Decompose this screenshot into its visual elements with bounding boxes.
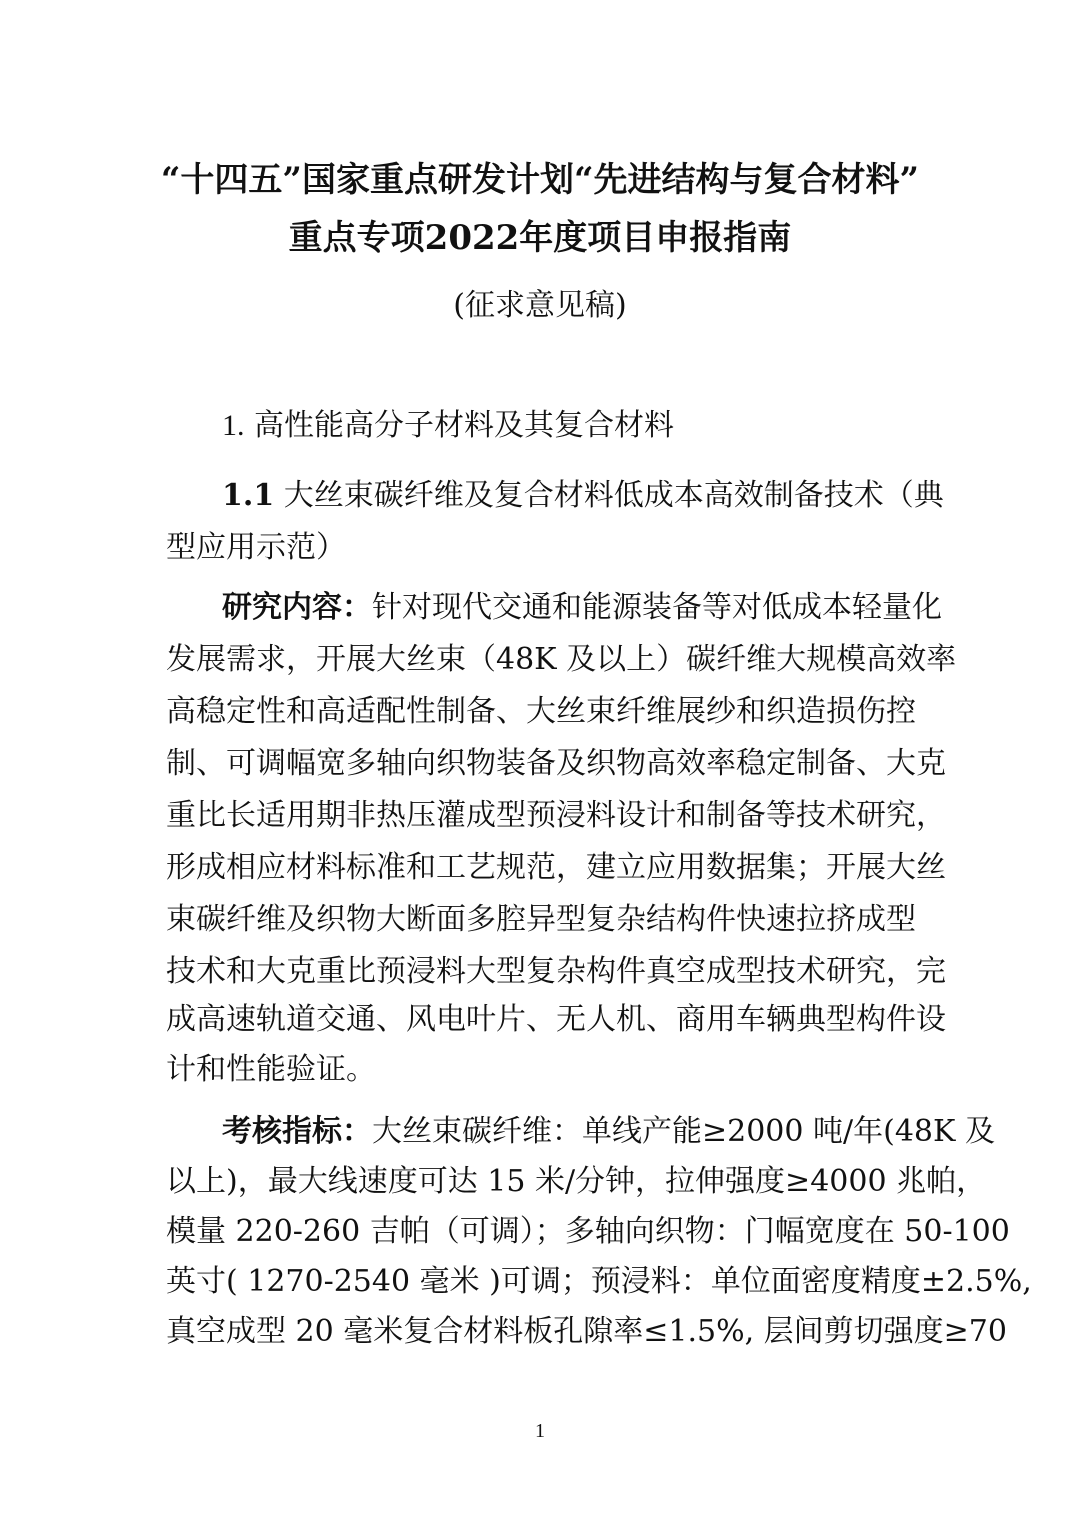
research-content-text: 针对现代交通和能源装备等对低成本轻量化: [372, 590, 942, 625]
research-content-line-10: 计和性能验证。: [166, 1050, 916, 1090]
assessment-line-5: 真空成型 20 毫米复合材料板孔隙率≤1.5%, 层间剪切强度≥70: [166, 1312, 916, 1352]
assessment-label: 考核指标：: [222, 1114, 372, 1149]
assessment-line-4: 英寸( 1270-2540 毫米 )可调；预浸料：单位面密度精度±2.5%,: [166, 1262, 916, 1302]
section-1-heading: 1. 高性能高分子材料及其复合材料: [222, 406, 674, 446]
assessment-line-1: 考核指标：大丝束碳纤维：单线产能≥2000 吨/年(48K 及: [222, 1112, 916, 1152]
section-1-1-title-part-1: 大丝束碳纤维及复合材料低成本高效制备技术（典: [284, 478, 944, 513]
section-1-number: 1.: [222, 409, 245, 442]
research-content-line-4: 制、可调幅宽多轴向织物装备及织物高效率稳定制备、大克: [166, 744, 916, 784]
research-content-line-5: 重比长适用期非热压灌成型预浸料设计和制备等技术研究，: [166, 796, 916, 836]
assessment-line-2: 以上)，最大线速度可达 15 米/分钟，拉伸强度≥4000 兆帕，: [166, 1162, 916, 1202]
research-content-line-1: 研究内容：针对现代交通和能源装备等对低成本轻量化: [222, 588, 916, 628]
research-content-label: 研究内容：: [222, 590, 372, 625]
section-1-1-heading-line-2: 型应用示范）: [166, 528, 916, 568]
assessment-line-3: 模量 220-260 吉帕（可调）；多轴向织物：门幅宽度在 50-100: [166, 1212, 916, 1252]
research-content-line-8: 技术和大克重比预浸料大型复杂构件真空成型技术研究，完: [166, 952, 916, 992]
document-subtitle: (征求意见稿): [0, 280, 1080, 324]
section-1-1-heading-line-1: 1.1 大丝束碳纤维及复合材料低成本高效制备技术（典: [222, 476, 916, 516]
document-title-line-1: “十四五”国家重点研发计划“先进结构与复合材料”: [0, 152, 1080, 201]
research-content-line-3: 高稳定性和高适配性制备、大丝束纤维展纱和织造损伤控: [166, 692, 916, 732]
research-content-line-6: 形成相应材料标准和工艺规范，建立应用数据集；开展大丝: [166, 848, 916, 888]
research-content-line-9: 成高速轨道交通、风电叶片、无人机、商用车辆典型构件设: [166, 1000, 916, 1040]
assessment-text: 大丝束碳纤维：单线产能≥2000 吨/年(48K 及: [372, 1114, 995, 1149]
research-content-line-2: 发展需求，开展大丝束（48K 及以上）碳纤维大规模高效率: [166, 640, 916, 680]
section-1-1-number: 1.1: [222, 478, 274, 513]
section-1-title: 高性能高分子材料及其复合材料: [254, 408, 674, 443]
page-number: 1: [0, 1420, 1080, 1443]
document-title-line-2: 重点专项2022年度项目申报指南: [0, 210, 1080, 259]
research-content-line-7: 束碳纤维及织物大断面多腔异型复杂结构件快速拉挤成型: [166, 900, 916, 940]
document-page: “十四五”国家重点研发计划“先进结构与复合材料” 重点专项2022年度项目申报指…: [0, 0, 1080, 1527]
